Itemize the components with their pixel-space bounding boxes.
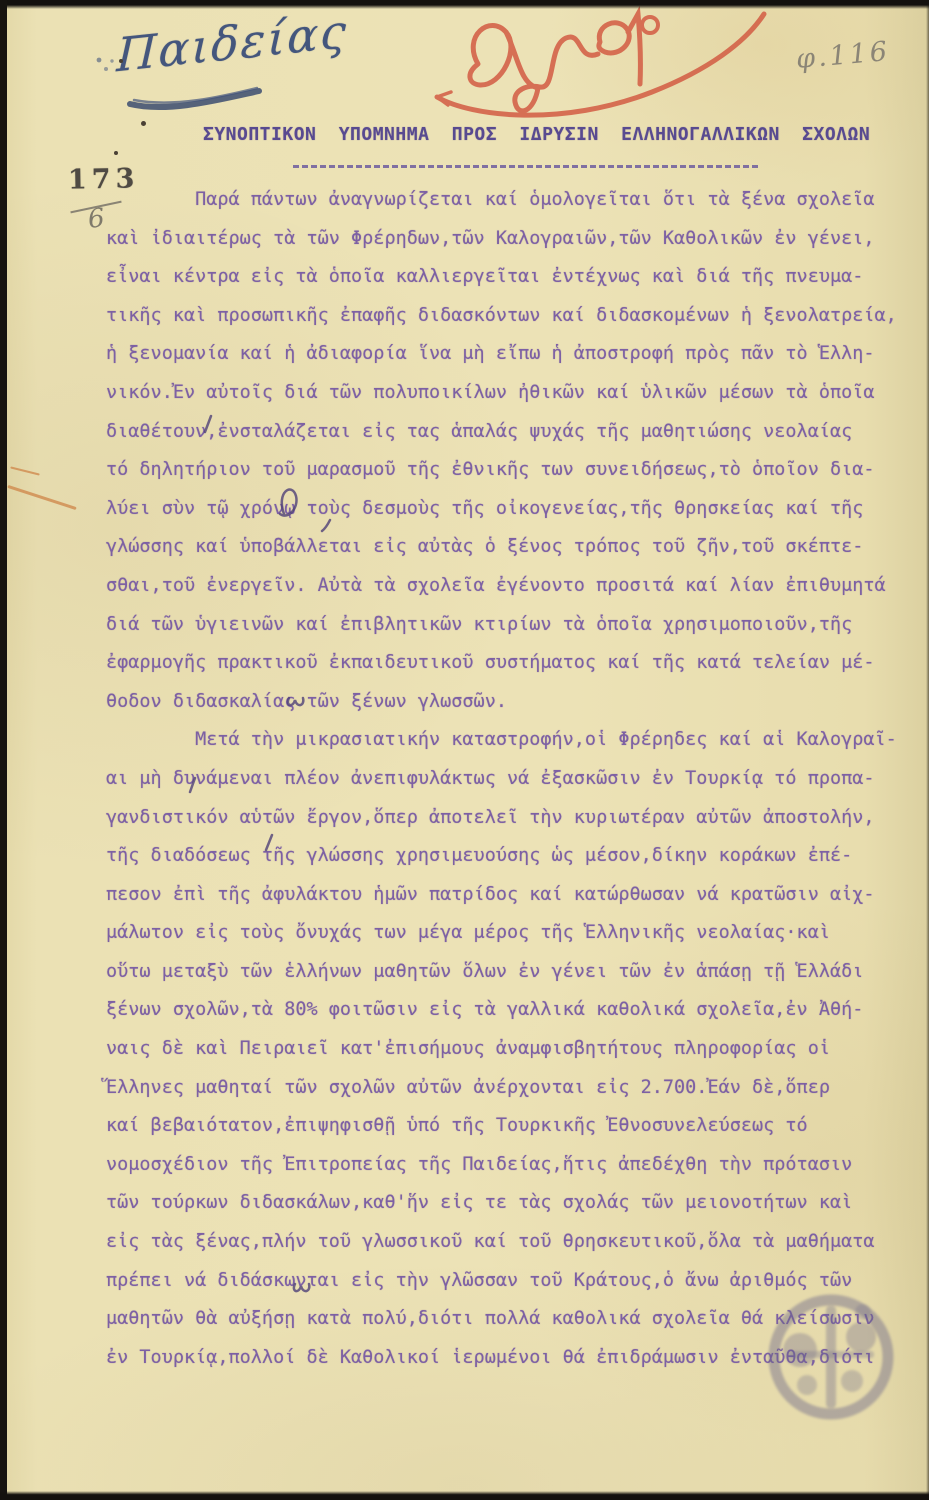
body-text-line: γλώσσης καί ὑποβάλλεται εἰς αὐτὰς ὁ ξένο… (106, 528, 921, 567)
body-text-line: νομοσχέδιον τῆς Ἐπιτροπείας τῆς Παιδείας… (106, 1146, 921, 1185)
body-text-line: νικόν.Ἐν αὐτοῖς διά τῶν πολυποικίλων ἠθι… (106, 374, 921, 413)
scan-edge-bottom (0, 1491, 929, 1500)
body-text-line: ἐφαρμογῆς πρακτικοῦ ἐκπαιδευτικοῦ συστήμ… (106, 644, 921, 683)
red-annotation-transcript: Σχο 1 (470, 20, 590, 66)
body-text-line: τό δηλητήριον τοῦ μαρασμοῦ τῆς ἐθνικῆς τ… (106, 451, 921, 490)
body-text-line: Μετά τὴν μικρασιατικήν καταστροφήν,οἱ Φρ… (106, 721, 921, 760)
body-text-line: τῶν τούρκων διδασκάλων,καθ'ἥν εἰς τε τὰς… (106, 1184, 921, 1223)
body-text-line: οὕτω μεταξὺ τῶν ἑλλήνων μαθητῶν ὅλων ἐν … (106, 953, 921, 992)
body-text-line: λύει σὺν τῷ χρόνῳ τοὺς δεσμοὺς τῆς οἰκογ… (106, 490, 921, 529)
punch-hole-top (37, 70, 77, 110)
body-text-line: μαθητῶν θὰ αὐξήσῃ κατὰ πολύ,διότι πολλά … (106, 1300, 921, 1339)
body-text-line: Παρά πάντων ἀναγνωρίζεται καί ὁμολογεῖτα… (106, 181, 921, 220)
body-text-line: καὶ ἰδιαιτέρως τὰ τῶν Φρέρηδων,τῶν Καλογ… (106, 220, 921, 259)
body-text-line: ξένων σχολῶν,τὰ 80% φοιτῶσιν εἰς τὰ γαλλ… (106, 991, 921, 1030)
body-text-line: διά τῶν ὑγιεινῶν καί ἐπιβλητικῶν κτιρίων… (106, 606, 921, 645)
ink-speck (141, 121, 146, 126)
body-text-line: διαθέτουν,ἐνσταλάζεται εἰς τας ἁπαλάς ψυ… (106, 413, 921, 452)
body-text-line: ἡ ξενομανία καί ἡ ἀδιαφορία ἵνα μὴ εἴπω … (106, 335, 921, 374)
body-text-line: ναις δὲ καὶ Πειραιεῖ κατ'ἐπισήμους ἀναμφ… (106, 1030, 921, 1069)
body-text-line: πρέπει νά διδάσκωνται εἰς τὴν γλῶσσαν το… (106, 1262, 921, 1301)
ink-speck (114, 151, 118, 155)
body-text-line: θοδον διδασκαλίας τῶν ξένων γλωσσῶν. (106, 683, 921, 722)
body-text-line: τῆς διαδόσεως τῆς γλώσσης χρησιμευούσης … (106, 837, 921, 876)
pencil-fraction-denominator: 6 (86, 203, 106, 235)
body-text-line: σθαι,τοῦ ἐνεργεῖν. Αὐτὰ τὰ σχολεῖα ἐγένο… (106, 567, 921, 606)
body-text-line: τικῆς καὶ προσωπικῆς ἐπαφῆς διδασκόντων … (106, 297, 921, 336)
document-page: Παιδείας Σχο 1 ΣΥΝΟΠΤΙΚΟΝ ΥΠΟΜΝΗΜΑ ΠΡΟΣ … (0, 0, 929, 1500)
paper-scratch (10, 466, 40, 475)
punch-hole-bottom (35, 274, 75, 314)
document-title: ΣΥΝΟΠΤΙΚΟΝ ΥΠΟΜΝΗΜΑ ΠΡΟΣ ΙΔΡΥΣΙΝ ΕΛΛΗΝΟΓ… (203, 124, 903, 145)
body-text-line: μάλωτον εἰς τοὺς ὄνυχάς των μέγα μέρος τ… (106, 914, 921, 953)
body-text-line: Ἕλληνες μαθηταί τῶν σχολῶν αὐτῶν ἀνέρχον… (106, 1069, 921, 1108)
paper-scratch (7, 485, 76, 510)
body-text-line: ἐν Τουρκίᾳ,πολλοί δὲ Καθολικοί ἱερωμένοι… (106, 1339, 921, 1378)
document-body: Παρά πάντων ἀναγνωρίζεται καί ὁμολογεῖτα… (106, 181, 921, 1377)
title-separator-rule (293, 165, 758, 168)
handwritten-subject-annotation: Παιδείας (116, 4, 349, 83)
body-text-line: εἶναι κέντρα εἰς τὰ ὁποῖα καλλιεργεῖται … (106, 258, 921, 297)
body-text-line: γανδιστικόν αὑτῶν ἔργον,ὅπερ ἀποτελεῖ τὴ… (106, 799, 921, 838)
body-text-line: εἰς τὰς ξένας,πλήν τοῦ γλωσσικοῦ καί τοῦ… (106, 1223, 921, 1262)
body-text-line: αι μὴ δυνάμεναι πλέον ἀνεπιφυλάκτως νά ἐ… (106, 760, 921, 799)
pencil-folio-number: φ.116 (795, 36, 891, 75)
body-text-line: καί βεβαιότατον,ἐπιψηφισθῇ ὑπό τῆς Τουρκ… (106, 1107, 921, 1146)
ink-speck (119, 59, 123, 63)
scan-edge-top (0, 0, 929, 9)
body-text-line: πεσον ἐπὶ τῆς ἀφυλάκτου ἡμῶν πατρίδος κα… (106, 876, 921, 915)
scan-edge-left (0, 0, 7, 1500)
